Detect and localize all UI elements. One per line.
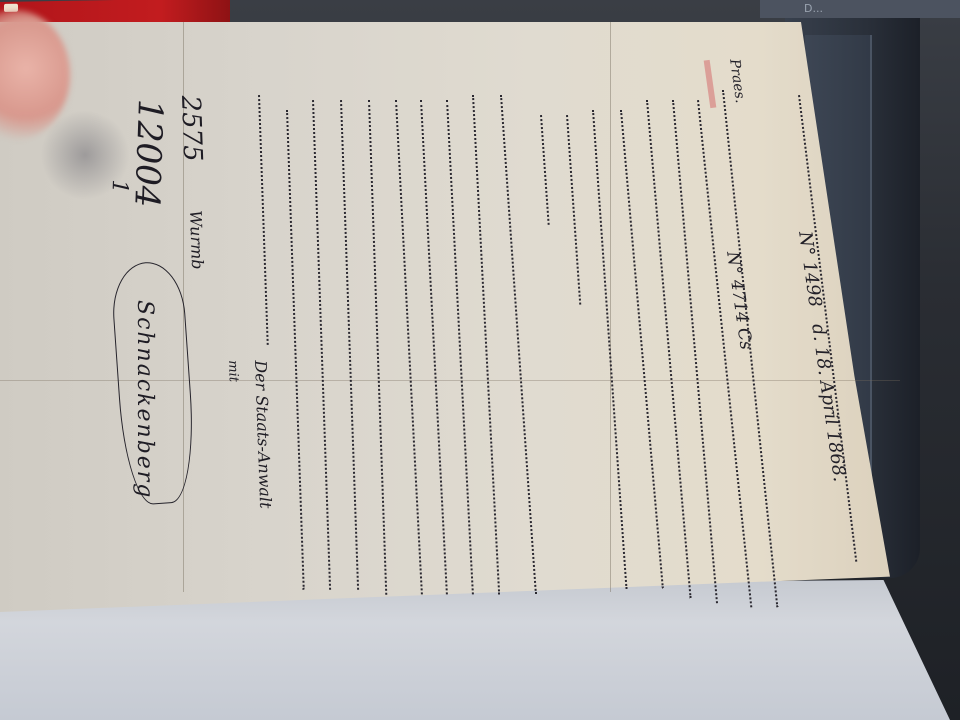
folder-label: D... — [760, 0, 960, 18]
closing-abbrev: mit — [225, 360, 241, 382]
signature: Schnackenberg — [132, 300, 157, 499]
marginal-number: 2575 — [175, 95, 207, 162]
signature-prefix: Wurmb — [186, 210, 207, 270]
fold-line — [610, 22, 611, 592]
shadow — [40, 110, 130, 200]
archive-number: 12004 — [126, 99, 170, 209]
